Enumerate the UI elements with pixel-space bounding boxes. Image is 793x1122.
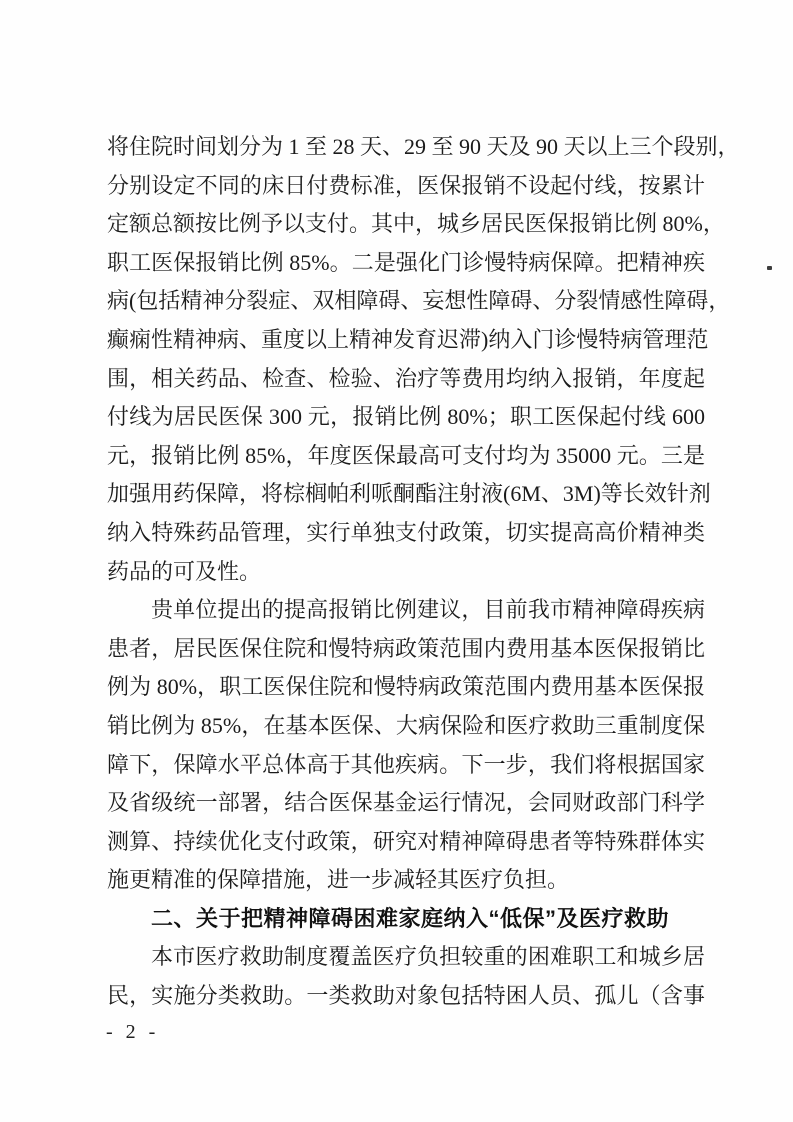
document-page: 将住院时间划分为 1 至 28 天、29 至 90 天及 90 天以上三个段别，… [0,0,793,1122]
document-body: 将住院时间划分为 1 至 28 天、29 至 90 天及 90 天以上三个段别，… [107,128,705,1016]
text-line: 患者，居民医保住院和慢特病政策范围内费用基本医保报销比 [107,630,705,669]
text-line: 本市医疗救助制度覆盖医疗负担较重的困难职工和城乡居 [107,938,705,977]
text-line: 障下，保障水平总体高于其他疾病。下一步，我们将根据国家 [107,746,705,785]
text-line: 加强用药保障，将棕榈帕利哌酮酯注射液(6M、3M)等长效针剂 [107,475,705,514]
text-line: 元，报销比例 85%，年度医保最高可支付均为 35000 元。三是 [107,437,705,476]
text-line: 例为 80%，职工医保住院和慢特病政策范围内费用基本医保报 [107,668,705,707]
section-heading: 二、关于把精神障碍困难家庭纳入“低保”及医疗救助 [107,900,705,939]
text-line: 及省级统一部署，结合医保基金运行情况，会同财政部门科学 [107,784,705,823]
text-line: 施更精准的保障措施，进一步减轻其医疗负担。 [107,861,705,900]
text-line: 纳入特殊药品管理，实行单独支付政策，切实提高高价精神类 [107,514,705,553]
text-line: 测算、持续优化支付政策，研究对精神障碍患者等特殊群体实 [107,823,705,862]
text-line: 围，相关药品、检查、检验、治疗等费用均纳入报销，年度起 [107,360,705,399]
text-line: 分别设定不同的床日付费标准，医保报销不设起付线，按累计 [107,167,705,206]
text-line: 贵单位提出的提高报销比例建议，目前我市精神障碍疾病 [107,591,705,630]
text-line: 癫痫性精神病、重度以上精神发育迟滞)纳入门诊慢特病管理范 [107,321,705,360]
text-line: 职工医保报销比例 85%。二是强化门诊慢特病保障。把精神疾 [107,244,705,283]
page-number: - 2 - [106,1021,159,1044]
text-line: 将住院时间划分为 1 至 28 天、29 至 90 天及 90 天以上三个段别， [107,128,705,167]
text-line: 定额总额按比例予以支付。其中，城乡居民医保报销比例 80%， [107,205,705,244]
text-line: 民，实施分类救助。一类救助对象包括特困人员、孤儿（含事 [107,977,705,1016]
scan-speck [767,266,772,270]
text-line: 病(包括精神分裂症、双相障碍、妄想性障碍、分裂情感性障碍， [107,282,705,321]
text-line: 销比例为 85%，在基本医保、大病保险和医疗救助三重制度保 [107,707,705,746]
text-line: 付线为居民医保 300 元，报销比例 80%；职工医保起付线 600 [107,398,705,437]
text-line: 药品的可及性。 [107,553,705,592]
